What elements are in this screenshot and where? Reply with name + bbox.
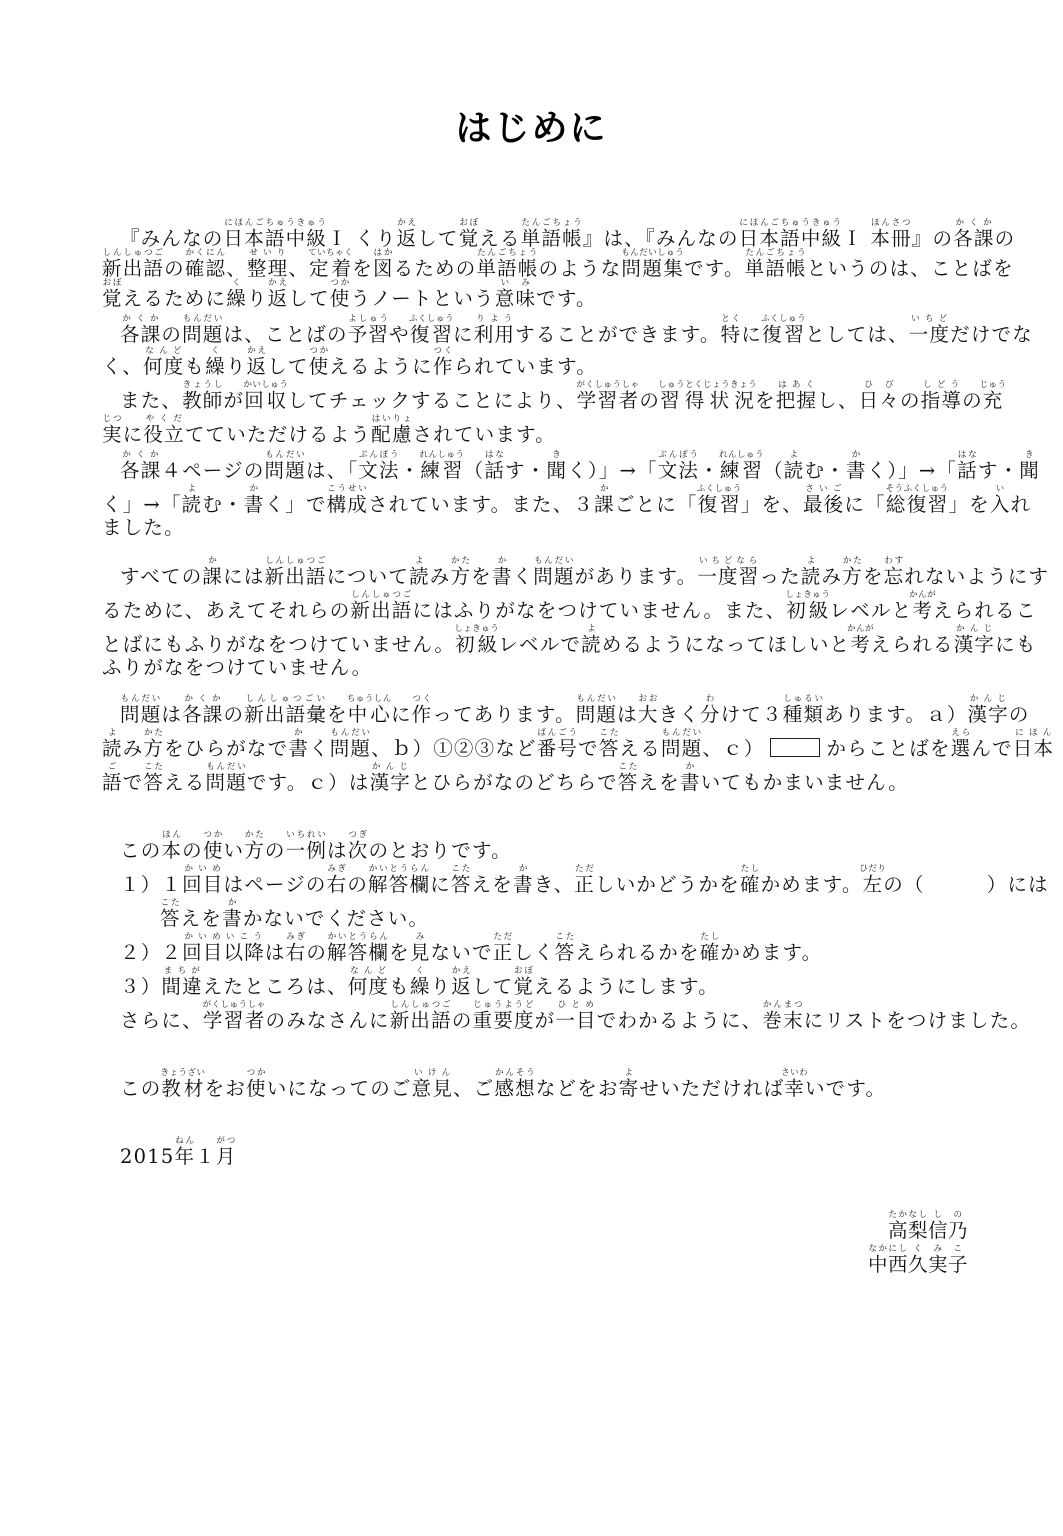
text-run: レベルで bbox=[498, 633, 581, 656]
furigana-reading: きょうし bbox=[182, 380, 223, 390]
text-run: てていただけるよう bbox=[185, 423, 371, 446]
furigana-reading: しゅうとくじょうきょう bbox=[658, 380, 757, 390]
furigana-reading: かえ bbox=[451, 966, 472, 976]
furigana-reading: なんど bbox=[348, 966, 389, 976]
furigana-word: 定着ていちゃく bbox=[309, 257, 352, 280]
furigana-word: 充じゅう bbox=[983, 389, 1007, 412]
furigana-word: 文法ぶんぽう bbox=[658, 459, 699, 482]
furigana-word: 一度習いちどなら bbox=[697, 565, 759, 588]
text-run: としては、 bbox=[805, 323, 909, 346]
text-run: かめます。 bbox=[720, 941, 822, 964]
furigana-word: 問題もんだい bbox=[661, 737, 702, 760]
furigana-word: 方かた bbox=[842, 565, 863, 588]
furigana-word: 答こた bbox=[160, 907, 181, 930]
furigana-word: 課か bbox=[202, 565, 223, 588]
furigana-word: 復習ふくしゅう bbox=[410, 323, 453, 346]
text-run: ・ bbox=[400, 459, 421, 482]
furigana-reading: おぼ bbox=[459, 218, 480, 228]
furigana-reading: いちど bbox=[909, 314, 950, 324]
furigana-word: 学習者がくしゅうしゃ bbox=[203, 1009, 266, 1032]
furigana-word: 本冊ほんさつ bbox=[870, 227, 911, 250]
text-run: です。 bbox=[684, 257, 745, 280]
furigana-word: 解答欄かいとうらん bbox=[327, 941, 389, 964]
text-run: える bbox=[164, 771, 205, 794]
text-run: の bbox=[639, 389, 660, 412]
text-run: んで bbox=[971, 737, 1012, 760]
furigana-reading: つか bbox=[246, 1068, 267, 1078]
text-run: を bbox=[863, 565, 884, 588]
furigana-reading: たんごちょう bbox=[745, 248, 807, 258]
furigana-reading: なかにし bbox=[868, 1244, 908, 1254]
furigana-word: 読よ bbox=[801, 565, 822, 588]
text-run: のような bbox=[539, 257, 622, 280]
text-run: り bbox=[431, 975, 452, 998]
text-run: み bbox=[123, 737, 144, 760]
furigana-reading: く bbox=[410, 966, 431, 976]
furigana-reading: ふくしゅう bbox=[761, 314, 806, 324]
text-run: り bbox=[247, 287, 268, 310]
furigana-reading: にほんごちゅうきゅう bbox=[739, 218, 843, 228]
furigana-reading: がくしゅうしゃ bbox=[577, 380, 640, 390]
text-run: かめます。 bbox=[761, 873, 863, 896]
furigana-reading: おお bbox=[638, 694, 659, 704]
furigana-word: 漢字かんじ bbox=[370, 771, 411, 794]
furigana-word: 中心ちゅうしん bbox=[348, 703, 391, 726]
furigana-word: 練習れんしゅう bbox=[420, 459, 463, 482]
furigana-word: 選えら bbox=[951, 737, 972, 760]
text-run: を bbox=[389, 941, 410, 964]
furigana-reading: わ bbox=[700, 694, 721, 704]
furigana-word: 問題もんだい bbox=[182, 323, 223, 346]
text-line: １）１回目かいめはページの右みぎの解答欄かいとうらんに答こたえを書かき、正ただし… bbox=[120, 864, 1049, 895]
text-run: で bbox=[123, 771, 144, 794]
furigana-reading: ちゅうしん bbox=[347, 694, 392, 704]
text-run: また、 bbox=[120, 389, 182, 412]
furigana-reading: こうせい bbox=[327, 484, 368, 494]
text-run: い bbox=[224, 839, 245, 862]
furigana-reading: き bbox=[546, 450, 567, 460]
furigana-word: 構成こうせい bbox=[327, 493, 368, 516]
text-run: えるために bbox=[123, 287, 227, 310]
furigana-word: 漢字かんじ bbox=[954, 633, 995, 656]
text-run: レベルと bbox=[830, 599, 913, 622]
text-run: えられるかを bbox=[575, 941, 699, 964]
furigana-reading: ひだり bbox=[859, 864, 886, 874]
text-line: るために、あえてそれらの新出語しんしゅつごにはふりがなをつけていません。また、初… bbox=[102, 590, 1037, 621]
text-run: 、ご bbox=[453, 1077, 494, 1100]
text-run: の bbox=[900, 389, 921, 412]
furigana-reading: もんだい bbox=[182, 314, 223, 324]
furigana-reading: く bbox=[226, 278, 247, 288]
text-run: して bbox=[288, 287, 329, 310]
text-line: 新出語しんしゅつごの確認かくにん、整理せいり、定着ていちゃくを図はかるための単語… bbox=[102, 248, 1014, 279]
text-run: を bbox=[352, 257, 373, 280]
furigana-reading: まちが bbox=[161, 966, 202, 976]
furigana-word: 利用りよう bbox=[474, 323, 515, 346]
furigana-word: 問題もんだい bbox=[265, 459, 306, 482]
furigana-word: 方かた bbox=[143, 737, 164, 760]
furigana-reading: しんしゅつご bbox=[350, 590, 412, 600]
text-run: く）」→「 bbox=[567, 459, 658, 482]
furigana-word: 番号ばんごう bbox=[537, 737, 578, 760]
text-run: Ｉ bbox=[842, 227, 870, 250]
furigana-word: 役立やくだ bbox=[143, 423, 184, 446]
furigana-reading: かくか bbox=[120, 314, 161, 324]
text-run: にリストをつけました。 bbox=[804, 1009, 1031, 1032]
text-run: のとおりです。 bbox=[368, 839, 511, 862]
text-run: の bbox=[265, 839, 286, 862]
text-run: の（ ）には bbox=[883, 873, 1049, 896]
furigana-reading: かんが bbox=[847, 624, 874, 634]
text-run: とひらがなのどちらで bbox=[411, 771, 618, 794]
furigana-word: 書か bbox=[244, 493, 265, 516]
text-run: に bbox=[391, 703, 412, 726]
furigana-reading: もんだい bbox=[533, 556, 574, 566]
text-run: を bbox=[755, 389, 776, 412]
furigana-reading: がつ bbox=[216, 1136, 237, 1146]
furigana-reading: かいとうらん bbox=[327, 932, 389, 942]
text-run: す・ bbox=[978, 459, 1019, 482]
text-run: せいただければ bbox=[639, 1077, 784, 1100]
furigana-reading: おぼ bbox=[102, 278, 123, 288]
furigana-reading: く bbox=[205, 346, 226, 356]
text-run: 、 bbox=[226, 257, 247, 280]
furigana-reading: つぎ bbox=[348, 830, 369, 840]
furigana-word: 問題もんだい bbox=[576, 703, 617, 726]
text-run: で bbox=[578, 737, 599, 760]
author-name: 高梨たかなし信乃しの bbox=[888, 1210, 968, 1243]
furigana-reading: かんじ bbox=[954, 624, 995, 634]
text-run: にはふりがなをつけていません。また、 bbox=[413, 599, 787, 622]
furigana-word: 解答欄かいとうらん bbox=[368, 873, 430, 896]
furigana-word: 返かえ bbox=[397, 227, 418, 250]
furigana-word: 一目ひとめ bbox=[555, 1009, 596, 1032]
furigana-reading: かえ bbox=[397, 218, 418, 228]
furigana-word: 繰く bbox=[410, 975, 431, 998]
text-run: ってあります。 bbox=[432, 703, 575, 726]
furigana-reading: き bbox=[1019, 450, 1040, 460]
furigana-word: 正ただ bbox=[493, 941, 514, 964]
text-run: に bbox=[741, 323, 762, 346]
furigana-reading: しゅるい bbox=[783, 694, 824, 704]
furigana-word: 日本にほん bbox=[1013, 737, 1054, 760]
furigana-word: 繰く bbox=[205, 355, 226, 378]
furigana-reading: きょうざい bbox=[161, 1068, 206, 1078]
furigana-word: 書か bbox=[846, 459, 867, 482]
text-run: の bbox=[306, 941, 327, 964]
furigana-reading: がくしゅうしゃ bbox=[203, 1000, 266, 1010]
text-run: には bbox=[223, 565, 264, 588]
text-run: でわかるように、 bbox=[597, 1009, 763, 1032]
text-run: に bbox=[430, 873, 451, 896]
furigana-word: 新出語しんしゅつご bbox=[350, 599, 412, 622]
furigana-reading: ふくしゅう bbox=[409, 314, 454, 324]
furigana-word: 覚おぼ bbox=[513, 975, 534, 998]
furigana-word: 入い bbox=[990, 493, 1011, 516]
furigana-word: 初級しょきゅう bbox=[786, 599, 829, 622]
furigana-word: 次つぎ bbox=[348, 839, 369, 862]
text-run: することができます。 bbox=[515, 323, 720, 346]
furigana-reading: こた bbox=[451, 864, 472, 874]
furigana-reading: もんだい bbox=[206, 762, 247, 772]
furigana-word: 最後さいご bbox=[803, 493, 844, 516]
furigana-word: 聞き bbox=[546, 459, 567, 482]
furigana-word: 確たし bbox=[740, 873, 761, 896]
furigana-reading: さいわ bbox=[781, 1068, 808, 1078]
furigana-word: 初級しょきゅう bbox=[455, 633, 498, 656]
furigana-word: 読よ bbox=[784, 459, 805, 482]
furigana-word: 読よ bbox=[409, 565, 430, 588]
furigana-reading: こた bbox=[599, 728, 620, 738]
text-line: 2015年ねん１月がつ bbox=[120, 1136, 237, 1167]
furigana-reading: つか bbox=[309, 346, 330, 356]
furigana-reading: かくか bbox=[182, 694, 223, 704]
furigana-reading: しどう bbox=[921, 380, 962, 390]
text-run: は bbox=[161, 703, 182, 726]
furigana-reading: か bbox=[222, 898, 243, 908]
furigana-reading: じゅう bbox=[980, 380, 1007, 390]
furigana-word: 問題集もんだいしゅう bbox=[621, 257, 684, 280]
furigana-reading: か bbox=[594, 484, 615, 494]
furigana-reading: もんだいしゅう bbox=[621, 248, 684, 258]
furigana-word: 種類しゅるい bbox=[783, 703, 824, 726]
furigana-reading: にほんごちゅうきゅう bbox=[224, 218, 328, 228]
furigana-reading: かいとうらん bbox=[368, 864, 430, 874]
furigana-word: 聞き bbox=[1019, 459, 1040, 482]
furigana-reading: しんしゅつご bbox=[102, 248, 164, 258]
text-run: この bbox=[120, 1077, 161, 1100]
furigana-reading: さいご bbox=[803, 484, 844, 494]
furigana-word: 学習者がくしゅうしゃ bbox=[577, 389, 640, 412]
text-line: すべての課かには新出語しんしゅつごについて読よみ方かたを書かく問題もんだいがあり… bbox=[120, 556, 1049, 587]
text-run: して bbox=[472, 975, 513, 998]
furigana-word: 復習ふくしゅう bbox=[698, 493, 741, 516]
furigana-reading: みぎ bbox=[327, 864, 348, 874]
furigana-reading: もんだい bbox=[661, 728, 702, 738]
text-run: し、 bbox=[817, 389, 858, 412]
furigana-reading: もんだい bbox=[265, 450, 306, 460]
furigana-reading: はあく bbox=[776, 380, 817, 390]
furigana-reading: か bbox=[492, 556, 513, 566]
text-run: も bbox=[184, 355, 205, 378]
furigana-word: 話はな bbox=[957, 459, 978, 482]
furigana-reading: たかなし bbox=[888, 1210, 928, 1220]
text-run: の bbox=[182, 839, 203, 862]
furigana-word: 月がつ bbox=[216, 1145, 237, 1168]
furigana-word: 作つく bbox=[412, 703, 433, 726]
text-run: ました。 bbox=[102, 516, 185, 539]
furigana-word: 各課かくか bbox=[953, 227, 994, 250]
text-run: しいかどうかを bbox=[595, 873, 740, 896]
furigana-reading: ねん bbox=[174, 1136, 195, 1146]
furigana-reading: ばんごう bbox=[537, 728, 578, 738]
furigana-reading: こた bbox=[618, 762, 639, 772]
furigana-word: 配慮はいりょ bbox=[371, 423, 412, 446]
text-run: の bbox=[161, 323, 182, 346]
furigana-word: 新出語しんしゅつご bbox=[102, 257, 164, 280]
text-run: えるように bbox=[329, 355, 433, 378]
furigana-reading: ひび bbox=[859, 380, 900, 390]
text-run: の bbox=[1009, 703, 1030, 726]
furigana-word: 復習ふくしゅう bbox=[762, 323, 805, 346]
furigana-word: 重要度じゅうようど bbox=[473, 1009, 535, 1032]
furigana-word: 作つく bbox=[433, 355, 454, 378]
furigana-reading: にほん bbox=[1013, 728, 1054, 738]
furigana-reading: か bbox=[202, 556, 223, 566]
text-run: く bbox=[309, 737, 330, 760]
furigana-word: 新出語彙しんしゅつごい bbox=[244, 703, 327, 726]
furigana-word: 回目以降かいめいこう bbox=[182, 941, 265, 964]
text-run: は、ことばの bbox=[224, 323, 348, 346]
furigana-reading: かた bbox=[450, 556, 471, 566]
text-run: えられる bbox=[871, 633, 954, 656]
furigana-reading: よ bbox=[102, 728, 123, 738]
furigana-reading: よ bbox=[801, 556, 822, 566]
furigana-reading: たし bbox=[740, 864, 761, 874]
furigana-word: 幸さいわ bbox=[784, 1077, 805, 1100]
text-run: ２）２ bbox=[120, 941, 182, 964]
text-run: む・ bbox=[202, 493, 243, 516]
furigana-reading: しょきゅう bbox=[785, 590, 830, 600]
text-run: き、 bbox=[534, 873, 575, 896]
furigana-reading: はか bbox=[373, 248, 394, 258]
furigana-reading: かくにん bbox=[185, 248, 226, 258]
text-run: く」で bbox=[264, 493, 326, 516]
furigana-word: 総復習そうふくしゅう bbox=[886, 493, 949, 516]
furigana-reading: つか bbox=[330, 278, 351, 288]
furigana-word: 語ご bbox=[102, 771, 123, 794]
text-run: して bbox=[417, 227, 458, 250]
text-run: ふりがなをつけていません。 bbox=[102, 656, 372, 679]
text-run: に bbox=[453, 323, 474, 346]
furigana-reading: しんしゅつご bbox=[390, 1000, 452, 1010]
text-run: を bbox=[471, 565, 492, 588]
furigana-word: 書か bbox=[513, 873, 534, 896]
furigana-reading: かえ bbox=[247, 346, 268, 356]
text-run: ４ページの bbox=[161, 459, 264, 482]
furigana-word: 読よ bbox=[182, 493, 203, 516]
furigana-reading: もんだい bbox=[120, 694, 161, 704]
text-run: るために、あえてそれらの bbox=[102, 599, 350, 622]
furigana-word: 忘わす bbox=[884, 565, 905, 588]
text-line: 読よみ方かたをひらがなで書かく問題もんだい、ｂ）①②③など番号ばんごうで答こたえ… bbox=[102, 728, 1054, 759]
furigana-word: 使つか bbox=[330, 287, 351, 310]
furigana-word: 日本語中級にほんごちゅうきゅう bbox=[224, 227, 328, 250]
text-run: （ bbox=[763, 459, 784, 482]
text-run: あります。ａ） bbox=[824, 703, 967, 726]
furigana-word: 返かえ bbox=[451, 975, 472, 998]
text-run: えるようにします。 bbox=[534, 975, 719, 998]
furigana-reading: はな bbox=[484, 450, 505, 460]
text-line: さらに、学習者がくしゅうしゃのみなさんに新出語しんしゅつごの重要度じゅうようどが… bbox=[120, 1000, 1031, 1031]
text-run: 2015 bbox=[120, 1145, 174, 1168]
text-run: のみなさんに bbox=[266, 1009, 390, 1032]
furigana-reading: み bbox=[410, 932, 431, 942]
text-line: 語ごで答こたえる問題もんだいです。ｃ）は漢字かんじとひらがなのどちらで答こたえを… bbox=[102, 762, 909, 793]
furigana-word: 各課かくか bbox=[182, 703, 223, 726]
text-line: 問題もんだいは各課かくかの新出語彙しんしゅつごいを中心ちゅうしんに作つくってあり… bbox=[120, 694, 1030, 725]
furigana-word: 意味いみ bbox=[495, 287, 536, 310]
author-name: 中西なかにし久実子くみこ bbox=[868, 1244, 968, 1277]
furigana-word: 使つか bbox=[246, 1077, 267, 1100]
furigana-reading: くみこ bbox=[908, 1244, 968, 1254]
furigana-reading: かんそう bbox=[494, 1068, 535, 1078]
text-run: えを bbox=[181, 907, 222, 930]
furigana-reading: こた bbox=[160, 898, 181, 908]
furigana-word: 単語帳たんごちょう bbox=[476, 257, 538, 280]
furigana-reading: かいしゅう bbox=[243, 380, 288, 390]
text-run: の bbox=[995, 227, 1016, 250]
furigana-word: 日本語中級にほんごちゅうきゅう bbox=[739, 227, 843, 250]
furigana-word: 本ほん bbox=[161, 839, 182, 862]
text-run: み bbox=[430, 565, 451, 588]
furigana-word: 右みぎ bbox=[327, 873, 348, 896]
text-line: 答こたえを書かかないでください。 bbox=[160, 898, 429, 929]
furigana-word: 間違まちが bbox=[161, 975, 202, 998]
furigana-reading: かいめいこう bbox=[182, 932, 265, 942]
furigana-word: 何度なんど bbox=[143, 355, 184, 378]
text-run: や bbox=[389, 323, 410, 346]
furigana-reading: つか bbox=[203, 830, 224, 840]
text-line: この本ほんの使つかい方かたの一例いちれいは次つぎのとおりです。 bbox=[120, 830, 512, 861]
furigana-word: 練習れんしゅう bbox=[720, 459, 763, 482]
furigana-word: 読よ bbox=[102, 737, 123, 760]
furigana-word: 信乃しの bbox=[928, 1219, 968, 1242]
text-run: は、「 bbox=[306, 459, 358, 482]
furigana-word: 年ねん bbox=[174, 1145, 195, 1168]
furigana-reading: いみ bbox=[495, 278, 536, 288]
furigana-word: 使つか bbox=[309, 355, 330, 378]
furigana-reading: しの bbox=[928, 1210, 968, 1220]
text-run: があります。 bbox=[575, 565, 698, 588]
furigana-word: 読よ bbox=[581, 633, 602, 656]
text-line: ふりがなをつけていません。 bbox=[102, 658, 372, 678]
furigana-word: 考かんが bbox=[850, 633, 871, 656]
text-line: 各課かくかの問題もんだいは、ことばの予習よしゅうや復習ふくしゅうに利用りようする… bbox=[120, 314, 1033, 345]
furigana-reading: か bbox=[513, 864, 534, 874]
text-line: 『みんなの日本語中級にほんごちゅうきゅうＩ くり返かえして覚おぼえる単語帳たんご… bbox=[120, 218, 1015, 249]
furigana-reading: いちれい bbox=[286, 830, 327, 840]
furigana-reading: はな bbox=[957, 450, 978, 460]
furigana-reading: よしゅう bbox=[348, 314, 389, 324]
furigana-word: 使つか bbox=[203, 839, 224, 862]
text-run: く bbox=[513, 565, 534, 588]
text-run: について bbox=[327, 565, 409, 588]
text-run: く」→「 bbox=[102, 493, 182, 516]
furigana-reading: つく bbox=[412, 694, 433, 704]
furigana-word: 意見いけん bbox=[412, 1077, 453, 1100]
text-run: を bbox=[327, 703, 348, 726]
furigana-reading: れんしゅう bbox=[719, 450, 764, 460]
furigana-reading: れんしゅう bbox=[420, 450, 465, 460]
furigana-word: 単語帳たんごちょう bbox=[745, 257, 807, 280]
furigana-reading: かえ bbox=[268, 278, 289, 288]
text-line: ３）間違まちがえたところは、何度なんども繰くり返かえして覚おぼえるようにします。 bbox=[120, 966, 719, 997]
text-line: また、教師きょうしが回収かいしゅうしてチェックすることにより、学習者がくしゅうし… bbox=[120, 380, 1007, 411]
furigana-word: 答こた bbox=[618, 771, 639, 794]
text-run: １ bbox=[195, 1145, 216, 1168]
furigana-word: 漢字かんじ bbox=[967, 703, 1008, 726]
furigana-word: 繰く bbox=[226, 287, 247, 310]
furigana-word: 各課かくか bbox=[120, 323, 161, 346]
text-run: ないで bbox=[431, 941, 493, 964]
furigana-word: 答こた bbox=[555, 941, 576, 964]
page-title: はじめに bbox=[0, 100, 1063, 151]
text-run: えを bbox=[472, 873, 513, 896]
text-run: が bbox=[224, 389, 245, 412]
text-run: く、 bbox=[102, 355, 143, 378]
furigana-reading: かんが bbox=[909, 590, 936, 600]
